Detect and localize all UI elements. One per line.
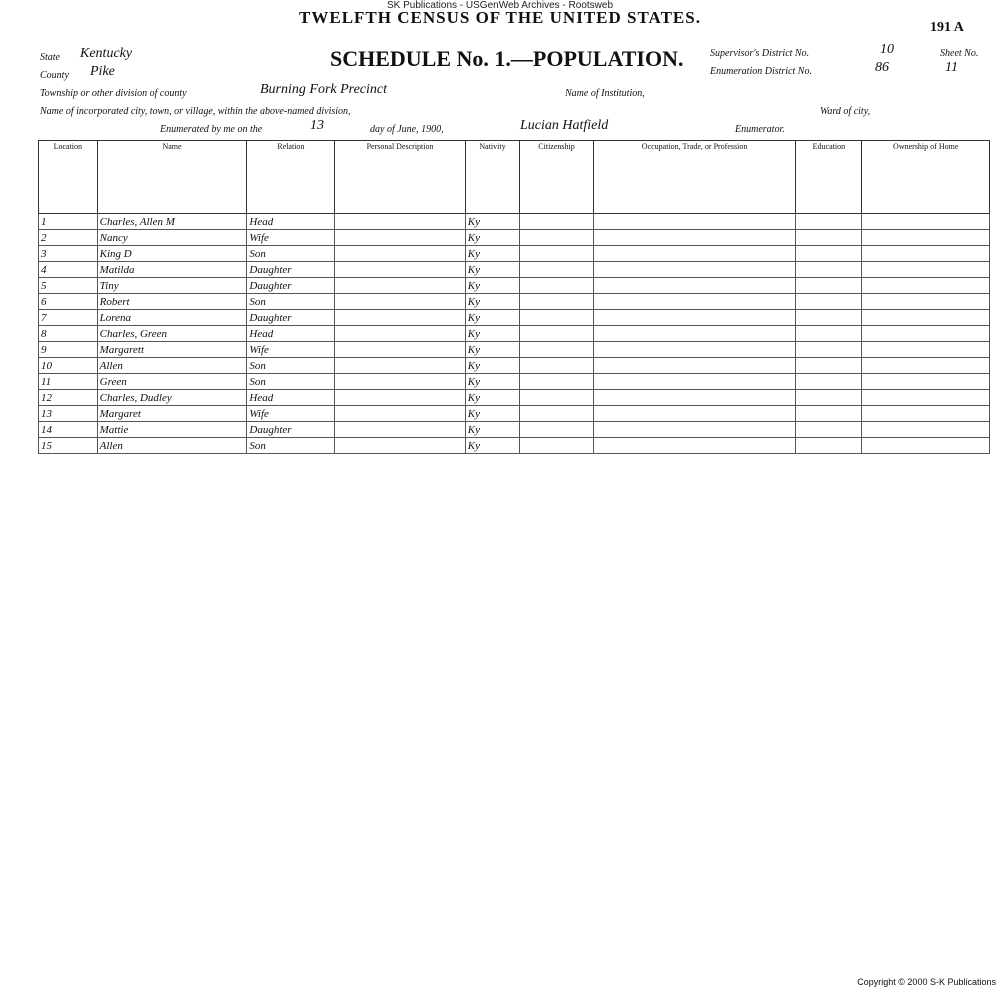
occupation [593, 246, 796, 262]
education [796, 230, 862, 246]
citizenship [520, 390, 594, 406]
person-name: Charles, Dudley [97, 390, 247, 406]
schedule-title: SCHEDULE No. 1.—POPULATION. [330, 46, 683, 72]
relation: Head [247, 214, 335, 230]
relation: Wife [247, 406, 335, 422]
sheet-value: 11 [945, 60, 958, 76]
personal [335, 310, 465, 326]
table-row: 3King DSonKy [39, 246, 990, 262]
relation: Son [247, 294, 335, 310]
relation: Wife [247, 342, 335, 358]
col-occupation: Occupation, Trade, or Profession [593, 141, 796, 214]
person-name: Green [97, 374, 247, 390]
ownership [862, 374, 990, 390]
col-citizenship: Citizenship [520, 141, 594, 214]
row-number: 15 [39, 438, 98, 454]
relation: Daughter [247, 262, 335, 278]
citizenship [520, 246, 594, 262]
row-number: 8 [39, 326, 98, 342]
township-value: Burning Fork Precinct [260, 82, 387, 98]
birthplace: Ky [465, 278, 520, 294]
ownership [862, 342, 990, 358]
personal [335, 406, 465, 422]
row-number: 1 [39, 214, 98, 230]
birthplace: Ky [465, 230, 520, 246]
row-number: 14 [39, 422, 98, 438]
birthplace: Ky [465, 310, 520, 326]
occupation [593, 214, 796, 230]
enum-district-value: 86 [875, 60, 889, 76]
ownership [862, 422, 990, 438]
table-row: 13MargaretWifeKy [39, 406, 990, 422]
relation: Daughter [247, 278, 335, 294]
table-row: 15AllenSonKy [39, 438, 990, 454]
birthplace: Ky [465, 422, 520, 438]
ownership [862, 438, 990, 454]
occupation [593, 278, 796, 294]
occupation [593, 326, 796, 342]
county-label: County [40, 70, 69, 81]
citizenship [520, 422, 594, 438]
person-name: Charles, Green [97, 326, 247, 342]
supervisor-value: 10 [880, 42, 894, 58]
occupation [593, 422, 796, 438]
personal [335, 294, 465, 310]
occupation [593, 406, 796, 422]
education [796, 278, 862, 294]
person-name: Lorena [97, 310, 247, 326]
row-number: 11 [39, 374, 98, 390]
institution-label: Name of Institution, [565, 88, 645, 99]
birthplace: Ky [465, 438, 520, 454]
birthplace: Ky [465, 246, 520, 262]
education [796, 406, 862, 422]
personal [335, 358, 465, 374]
col-nativity: Nativity [465, 141, 520, 214]
person-name: Robert [97, 294, 247, 310]
education [796, 390, 862, 406]
education [796, 246, 862, 262]
row-number: 12 [39, 390, 98, 406]
citizenship [520, 262, 594, 278]
personal [335, 214, 465, 230]
ward-label: Ward of city, [820, 106, 870, 117]
birthplace: Ky [465, 390, 520, 406]
occupation [593, 374, 796, 390]
personal [335, 422, 465, 438]
birthplace: Ky [465, 406, 520, 422]
education [796, 294, 862, 310]
table-row: 12Charles, DudleyHeadKy [39, 390, 990, 406]
ownership [862, 230, 990, 246]
occupation [593, 358, 796, 374]
personal [335, 262, 465, 278]
personal [335, 278, 465, 294]
person-name: Margarett [97, 342, 247, 358]
citizenship [520, 230, 594, 246]
table-row: 2NancyWifeKy [39, 230, 990, 246]
table-row: 10AllenSonKy [39, 358, 990, 374]
birthplace: Ky [465, 342, 520, 358]
relation: Son [247, 358, 335, 374]
enum-district-label: Enumeration District No. [710, 66, 812, 77]
table-header-row: Location Name Relation Personal Descript… [39, 141, 990, 214]
occupation [593, 294, 796, 310]
table-row: 4MatildaDaughterKy [39, 262, 990, 278]
person-name: Margaret [97, 406, 247, 422]
ownership [862, 262, 990, 278]
birthplace: Ky [465, 358, 520, 374]
page-number: 191 A [930, 20, 964, 36]
row-number: 9 [39, 342, 98, 358]
ownership [862, 326, 990, 342]
relation: Daughter [247, 422, 335, 438]
population-table: Location Name Relation Personal Descript… [38, 140, 990, 454]
occupation [593, 310, 796, 326]
person-name: Mattie [97, 422, 247, 438]
relation: Son [247, 438, 335, 454]
education [796, 262, 862, 278]
citizenship [520, 438, 594, 454]
county-value: Pike [90, 64, 115, 80]
education [796, 438, 862, 454]
citizenship [520, 278, 594, 294]
enumerator-label: Enumerator. [735, 124, 785, 135]
citizenship [520, 374, 594, 390]
occupation [593, 390, 796, 406]
relation: Daughter [247, 310, 335, 326]
enumerator-name: Lucian Hatfield [520, 118, 608, 134]
citizenship [520, 342, 594, 358]
col-ownership: Ownership of Home [862, 141, 990, 214]
birthplace: Ky [465, 326, 520, 342]
personal [335, 342, 465, 358]
sheet-label: Sheet No. [940, 48, 978, 59]
birthplace: Ky [465, 262, 520, 278]
citizenship [520, 294, 594, 310]
person-name: Matilda [97, 262, 247, 278]
township-label: Township or other division of county [40, 88, 187, 99]
col-relation: Relation [247, 141, 335, 214]
row-number: 10 [39, 358, 98, 374]
citizenship [520, 214, 594, 230]
relation: Son [247, 374, 335, 390]
birthplace: Ky [465, 374, 520, 390]
ownership [862, 358, 990, 374]
education [796, 374, 862, 390]
row-number: 13 [39, 406, 98, 422]
row-number: 2 [39, 230, 98, 246]
table-row: 1Charles, Allen MHeadKy [39, 214, 990, 230]
occupation [593, 230, 796, 246]
ownership [862, 406, 990, 422]
row-number: 3 [39, 246, 98, 262]
state-value: Kentucky [80, 46, 132, 62]
ownership [862, 278, 990, 294]
education [796, 214, 862, 230]
personal [335, 246, 465, 262]
occupation [593, 342, 796, 358]
education [796, 342, 862, 358]
table-row: 5TinyDaughterKy [39, 278, 990, 294]
citizenship [520, 326, 594, 342]
table-row: 14MattieDaughterKy [39, 422, 990, 438]
table-row: 6RobertSonKy [39, 294, 990, 310]
ownership [862, 214, 990, 230]
personal [335, 438, 465, 454]
ownership [862, 310, 990, 326]
person-name: Allen [97, 438, 247, 454]
ownership [862, 390, 990, 406]
col-location: Location [39, 141, 98, 214]
person-name: Tiny [97, 278, 247, 294]
relation: Head [247, 390, 335, 406]
citizenship [520, 310, 594, 326]
occupation [593, 262, 796, 278]
supervisor-label: Supervisor's District No. [710, 48, 809, 59]
enumerated-prefix: Enumerated by me on the [160, 124, 262, 135]
education [796, 422, 862, 438]
row-number: 5 [39, 278, 98, 294]
birthplace: Ky [465, 294, 520, 310]
personal [335, 326, 465, 342]
relation: Wife [247, 230, 335, 246]
person-name: Allen [97, 358, 247, 374]
enumeration-day: 13 [310, 118, 324, 134]
ownership [862, 246, 990, 262]
personal [335, 374, 465, 390]
education [796, 310, 862, 326]
personal [335, 230, 465, 246]
relation: Son [247, 246, 335, 262]
education [796, 326, 862, 342]
row-number: 4 [39, 262, 98, 278]
table-row: 11GreenSonKy [39, 374, 990, 390]
copyright: Copyright © 2000 S-K Publications [857, 977, 996, 987]
relation: Head [247, 326, 335, 342]
census-title: TWELFTH CENSUS OF THE UNITED STATES. [0, 8, 1000, 28]
personal [335, 390, 465, 406]
education [796, 358, 862, 374]
person-name: Nancy [97, 230, 247, 246]
ownership [862, 294, 990, 310]
city-label: Name of incorporated city, town, or vill… [40, 106, 351, 117]
state-label: State [40, 52, 60, 63]
occupation [593, 438, 796, 454]
col-education: Education [796, 141, 862, 214]
table-row: 7LorenaDaughterKy [39, 310, 990, 326]
person-name: King D [97, 246, 247, 262]
col-personal: Personal Description [335, 141, 465, 214]
citizenship [520, 358, 594, 374]
enumerated-suffix: day of June, 1900, [370, 124, 444, 135]
row-number: 7 [39, 310, 98, 326]
citizenship [520, 406, 594, 422]
row-number: 6 [39, 294, 98, 310]
birthplace: Ky [465, 214, 520, 230]
col-name: Name [97, 141, 247, 214]
person-name: Charles, Allen M [97, 214, 247, 230]
table-row: 8Charles, GreenHeadKy [39, 326, 990, 342]
table-row: 9MargarettWifeKy [39, 342, 990, 358]
